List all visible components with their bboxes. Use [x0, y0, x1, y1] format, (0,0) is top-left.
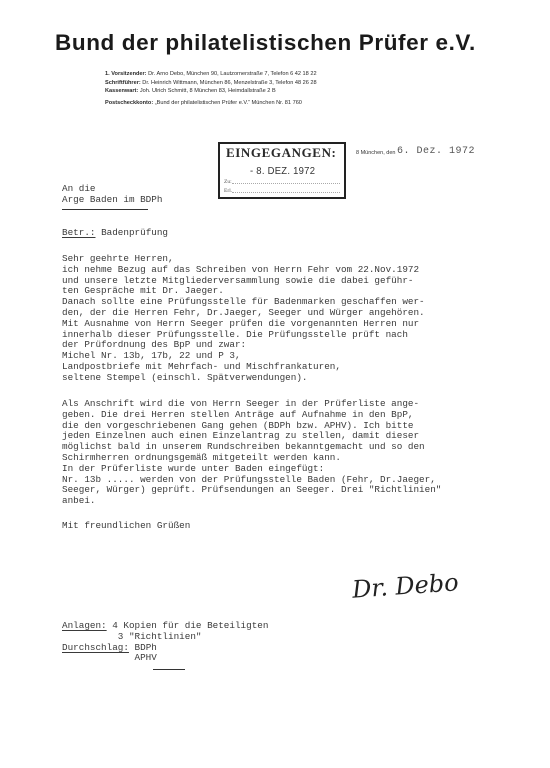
cc-rule — [153, 669, 185, 670]
letterhead-title: Bund der philatelistischen Prüfer e.V. — [55, 30, 476, 56]
recipient-address: An dieArge Baden im BDPh — [62, 183, 162, 205]
postal-account: Postscheckkonto: „Bund der philatelistis… — [105, 99, 317, 108]
body-paragraph-1: Sehr geehrte Herren, ich nehme Bezug auf… — [62, 254, 425, 384]
stamp-title: EINGEGANGEN: — [226, 145, 337, 161]
enclosures-label: Anlagen: — [62, 620, 107, 631]
stamp-line-done: Erl. — [224, 188, 232, 194]
subject-text: Badenprüfung — [95, 227, 168, 238]
officer-secretary: Schriftführer: Dr. Heinrich Wittmann, Mü… — [105, 79, 317, 88]
address-rule — [62, 209, 148, 210]
stamp-line-to: Zu: — [224, 179, 232, 185]
letter-date: 6. Dez. 1972 — [397, 146, 475, 157]
letterhead-officers: 1. Vorsitzender: Dr. Arno Debo, München … — [105, 70, 317, 107]
body-paragraph-2: Als Anschrift wird die von Herrn Seeger … — [62, 399, 441, 507]
enclosures-block: Anlagen: 4 Kopien für die Beteiligten 3 … — [62, 621, 268, 664]
officer-treasurer: Kassenwart: Joh. Ulrich Schmitt, 8 Münch… — [105, 87, 317, 96]
subject-line: Betr.: Badenprüfung — [62, 227, 168, 238]
received-stamp: EINGEGANGEN: - 8. DEZ. 1972 Zu: Erl. — [218, 142, 346, 199]
city-date-label: 8 München, den — [356, 150, 395, 156]
closing: Mit freundlichen Grüßen — [62, 520, 190, 531]
letter-page: Bund der philatelistischen Prüfer e.V. 1… — [0, 0, 550, 768]
stamp-date: - 8. DEZ. 1972 — [250, 165, 315, 177]
subject-label: Betr.: — [62, 227, 95, 238]
officer-chairman: 1. Vorsitzender: Dr. Arno Debo, München … — [105, 70, 317, 79]
cc-label: Durchschlag: — [62, 642, 129, 653]
signature: Dr. Debo — [351, 568, 459, 603]
